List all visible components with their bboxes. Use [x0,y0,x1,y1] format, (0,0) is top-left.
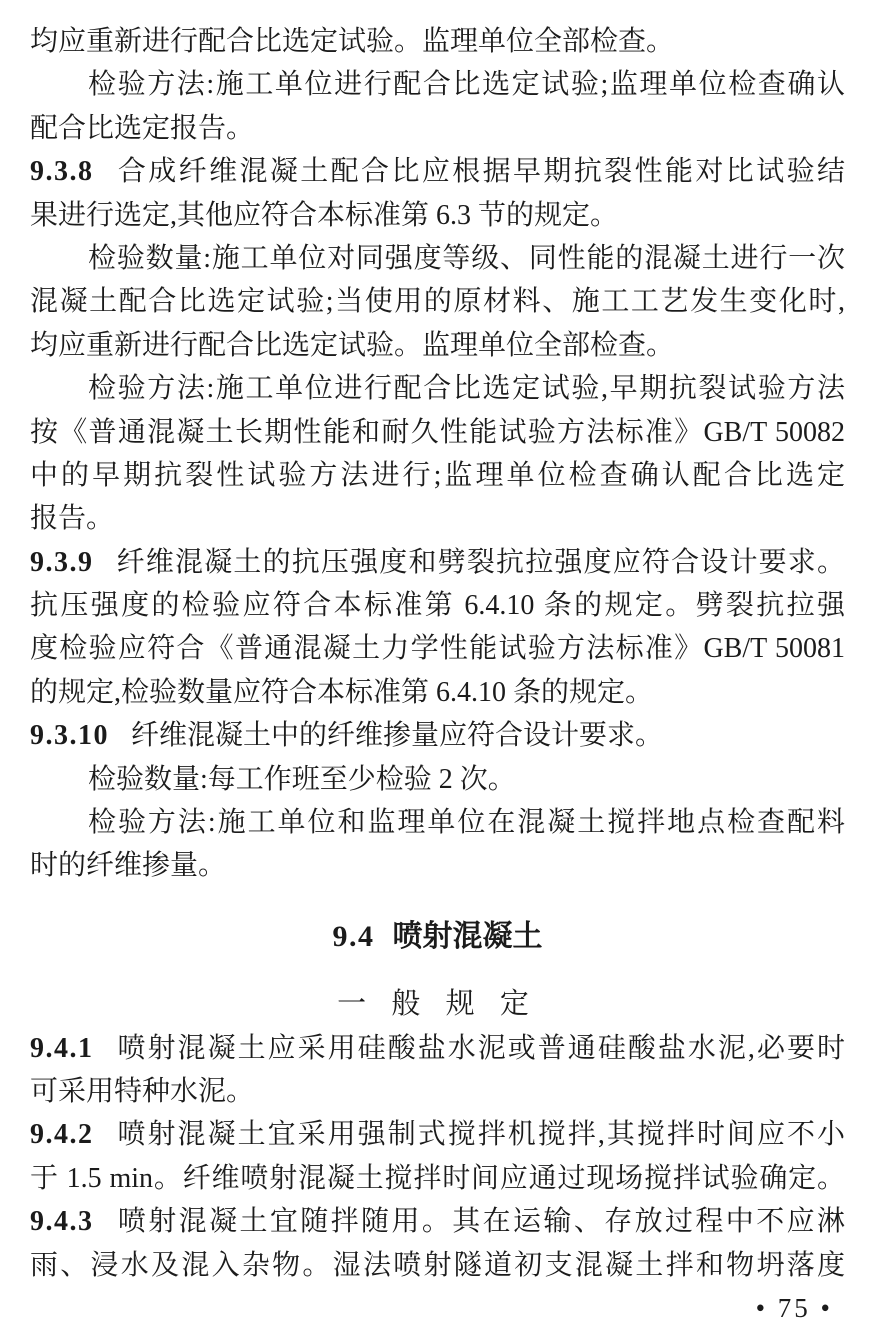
clause-number: 9.3.8 [30,156,94,187]
text-line: 检验方法:施工单位进行配合比选定试验,早期抗裂试验方法 [30,367,845,410]
text-line: 检验数量:每工作班至少检验 2 次。 [30,758,845,801]
text-line: 检验方法:施工单位和监理单位在混凝土搅拌地点检查配料 [30,801,845,844]
text-line: 配合比选定报告。 [30,107,845,150]
document-page: 均应重新进行配合比选定试验。监理单位全部检查。检验方法:施工单位进行配合比选定试… [0,0,874,1343]
text-line: 9.3.10纤维混凝土中的纤维掺量应符合设计要求。 [30,714,845,757]
subsection-title: 一 般 规 定 [337,988,538,1020]
text-line: 报告。 [30,497,845,540]
line-text: 检验方法:施工单位进行配合比选定试验,早期抗裂试验方法 [88,373,845,404]
text-line: 果进行选定,其他应符合本标准第 6.3 节的规定。 [30,194,845,237]
line-text: 喷射混凝土宜随拌随用。其在运输、存放过程中不应淋 [116,1206,846,1237]
line-text: 雨、浸水及混入杂物。湿法喷射隧道初支混凝土拌和物坍落度 [30,1250,845,1281]
clause-number: 9.4.2 [30,1119,94,1150]
clause-number: 9.4.3 [30,1206,94,1237]
line-text: 果进行选定,其他应符合本标准第 6.3 节的规定。 [30,200,618,231]
line-text: 检验数量:施工单位对同强度等级、同性能的混凝土进行一次 [88,243,845,274]
text-line: 中的早期抗裂性试验方法进行;监理单位检查确认配合比选定 [30,454,845,497]
line-text: 均应重新进行配合比选定试验。监理单位全部检查。 [30,330,674,361]
subsection-heading: 一 般 规 定 [30,983,845,1026]
line-text: 中的早期抗裂性试验方法进行;监理单位检查确认配合比选定 [30,460,845,491]
line-text: 喷射混凝土应采用硅酸盐水泥或普通硅酸盐水泥,必要时 [116,1033,846,1064]
line-text: 纤维混凝土的抗压强度和劈裂抗拉强度应符合设计要求。 [116,547,846,578]
text-line: 按《普通混凝土长期性能和耐久性能试验方法标准》GB/T 50082 [30,411,845,454]
text-line: 9.3.9纤维混凝土的抗压强度和劈裂抗拉强度应符合设计要求。 [30,541,845,584]
line-text: 度检验应符合《普通混凝土力学性能试验方法标准》GB/T 50081 [30,633,845,664]
section-title: 喷射混凝土 [393,920,543,953]
line-text: 时的纤维掺量。 [30,850,226,881]
text-line: 9.4.1喷射混凝土应采用硅酸盐水泥或普通硅酸盐水泥,必要时 [30,1027,845,1070]
text-line: 混凝土配合比选定试验;当使用的原材料、施工工艺发生变化时, [30,280,845,323]
line-text: 抗压强度的检验应符合本标准第 6.4.10 条的规定。劈裂抗拉强 [30,590,845,621]
text-line: 9.3.8合成纤维混凝土配合比应根据早期抗裂性能对比试验结 [30,150,845,193]
text-line: 时的纤维掺量。 [30,844,845,887]
line-text: 按《普通混凝土长期性能和耐久性能试验方法标准》GB/T 50082 [30,417,845,448]
text-line: 于 1.5 min。纤维喷射混凝土搅拌时间应通过现场搅拌试验确定。 [30,1157,845,1200]
line-text: 检验方法:施工单位和监理单位在混凝土搅拌地点检查配料 [88,807,845,838]
line-text: 配合比选定报告。 [30,113,254,144]
clause-number: 9.3.9 [30,547,94,578]
text-line: 可采用特种水泥。 [30,1070,845,1113]
line-text: 混凝土配合比选定试验;当使用的原材料、施工工艺发生变化时, [30,286,845,317]
text-line: 9.4.2喷射混凝土宜采用强制式搅拌机搅拌,其搅拌时间应不小 [30,1113,845,1156]
line-text: 检验方法:施工单位进行配合比选定试验;监理单位检查确认 [88,69,845,100]
page-number: • 75 • [30,1287,845,1330]
line-text: 报告。 [30,503,114,534]
line-text: 检验数量:每工作班至少检验 2 次。 [88,764,516,795]
text-line: 雨、浸水及混入杂物。湿法喷射隧道初支混凝土拌和物坍落度 [30,1244,845,1287]
clause-number: 9.4.1 [30,1033,94,1064]
clause-number: 9.3.10 [30,720,109,751]
line-text: 喷射混凝土宜采用强制式搅拌机搅拌,其搅拌时间应不小 [116,1119,846,1150]
text-line: 均应重新进行配合比选定试验。监理单位全部检查。 [30,324,845,367]
line-text: 纤维混凝土中的纤维掺量应符合设计要求。 [131,720,663,751]
line-text: 于 1.5 min。纤维喷射混凝土搅拌时间应通过现场搅拌试验确定。 [30,1163,845,1194]
line-text: 均应重新进行配合比选定试验。监理单位全部检查。 [30,26,674,57]
line-text: 的规定,检验数量应符合本标准第 6.4.10 条的规定。 [30,677,653,708]
text-line: 的规定,检验数量应符合本标准第 6.4.10 条的规定。 [30,671,845,714]
text-line: 度检验应符合《普通混凝土力学性能试验方法标准》GB/T 50081 [30,627,845,670]
text-line: 均应重新进行配合比选定试验。监理单位全部检查。 [30,20,845,63]
document-body: 均应重新进行配合比选定试验。监理单位全部检查。检验方法:施工单位进行配合比选定试… [30,20,845,1287]
section-heading: 9.4喷射混凝土 [30,915,845,958]
line-text: 合成纤维混凝土配合比应根据早期抗裂性能对比试验结 [116,156,846,187]
text-line: 抗压强度的检验应符合本标准第 6.4.10 条的规定。劈裂抗拉强 [30,584,845,627]
text-line: 9.4.3喷射混凝土宜随拌随用。其在运输、存放过程中不应淋 [30,1200,845,1243]
clause-number: 9.4 [333,920,375,953]
text-line: 检验数量:施工单位对同强度等级、同性能的混凝土进行一次 [30,237,845,280]
line-text: 可采用特种水泥。 [30,1076,254,1107]
text-line: 检验方法:施工单位进行配合比选定试验;监理单位检查确认 [30,63,845,106]
